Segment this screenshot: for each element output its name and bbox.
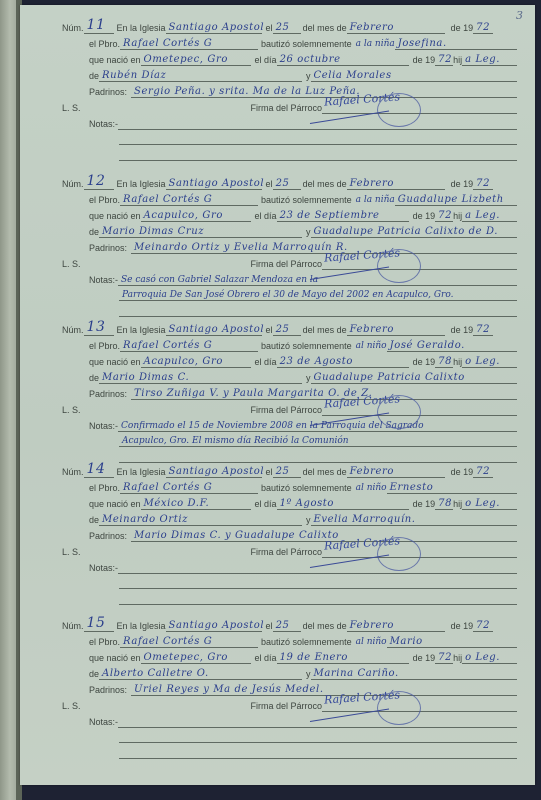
page-number: 3 [516, 9, 523, 22]
month-label: del mes de [303, 325, 347, 336]
child-name: Ernesto [387, 480, 517, 494]
ls-label: L. S. [62, 547, 81, 558]
legitimacy: a Leg. [462, 52, 517, 66]
church-name: Santiago Apostol [166, 20, 262, 34]
notes-line-1 [118, 116, 517, 130]
mother-name: Guadalupe Patricia Calixto [311, 370, 517, 384]
child-article: al niño [356, 341, 387, 352]
child-label: hij [453, 55, 462, 66]
born-in-label: que nació en [89, 357, 141, 368]
notes-line-2 [119, 131, 517, 145]
notes-line-3 [119, 745, 517, 759]
day-label: el [266, 179, 273, 190]
baptized-label: bautizó solemnemente [261, 637, 352, 648]
priest-label: el Pbro. [89, 341, 120, 352]
notes-line-3 [119, 147, 517, 161]
baptism-day: 25 [273, 176, 301, 190]
child-article: al niño [356, 483, 387, 494]
priest-label: el Pbro. [89, 39, 120, 50]
priest-name: Rafael Cortés G [120, 634, 258, 648]
birth-date: 19 de Enero [277, 650, 409, 664]
birthplace: Ometepec, Gro [141, 52, 251, 66]
priest-name: Rafael Cortés G [120, 480, 258, 494]
num-label: Núm. [62, 621, 84, 632]
baptism-year: 72 [473, 618, 493, 632]
birth-date: 26 octubre [277, 52, 409, 66]
church-name: Santiago Apostol [166, 464, 262, 478]
parents-label: de [89, 227, 99, 238]
birth-year: 72 [435, 650, 453, 664]
notes-line-1 [118, 560, 517, 574]
birth-date: 23 de Agosto [277, 354, 409, 368]
year-label: de 19 [451, 467, 474, 478]
num-label: Núm. [62, 467, 84, 478]
signature-label: Firma del Párroco [251, 259, 323, 270]
church-label: En la Iglesia [117, 621, 166, 632]
baptism-year: 72 [473, 322, 493, 336]
notes-label: Notas:- [89, 275, 118, 286]
baptism-month: Febrero [347, 464, 445, 478]
priest-name: Rafael Cortés G [120, 338, 258, 352]
register-page: 3 Núm. 11 En la Iglesia Santiago Apostol… [20, 5, 535, 785]
church-label: En la Iglesia [117, 179, 166, 190]
notes-line-1: Se casó con Gabriel Salazar Mendoza en l… [118, 272, 517, 286]
baptism-year: 72 [473, 464, 493, 478]
born-day-label: el día [255, 55, 277, 66]
notes-line-2 [119, 575, 517, 589]
year-label: de 19 [451, 621, 474, 632]
born-in-label: que nació en [89, 499, 141, 510]
ls-label: L. S. [62, 701, 81, 712]
father-name: Rubén Díaz [99, 68, 302, 82]
child-name: Guadalupe Lizbeth [395, 192, 517, 206]
month-label: del mes de [303, 179, 347, 190]
mother-name: Guadalupe Patricia Calixto de D. [311, 224, 517, 238]
year-label: de 19 [451, 325, 474, 336]
child-article: al niño [356, 637, 387, 648]
baptism-day: 25 [273, 322, 301, 336]
record-number: 11 [84, 20, 114, 34]
born-day-label: el día [255, 653, 277, 664]
notes-label: Notas:- [89, 717, 118, 728]
signature-label: Firma del Párroco [251, 103, 323, 114]
parents-label: de [89, 71, 99, 82]
day-label: el [266, 325, 273, 336]
baptism-day: 25 [273, 618, 301, 632]
signature-label: Firma del Párroco [251, 547, 323, 558]
born-in-label: que nació en [89, 211, 141, 222]
born-in-label: que nació en [89, 653, 141, 664]
godparents-label: Padrinos: [89, 685, 127, 696]
parents-label: de [89, 515, 99, 526]
priest-label: el Pbro. [89, 637, 120, 648]
record-number: 14 [84, 464, 114, 478]
legitimacy: o Leg. [462, 354, 517, 368]
father-name: Meinardo Ortiz [99, 512, 302, 526]
born-day-label: el día [255, 499, 277, 510]
birthplace: Ometepec, Gro [141, 650, 251, 664]
baptized-label: bautizó solemnemente [261, 341, 352, 352]
ls-label: L. S. [62, 259, 81, 270]
ls-label: L. S. [62, 405, 81, 416]
mother-name: Evelia Marroquín. [311, 512, 517, 526]
year-label: de 19 [451, 23, 474, 34]
baptism-month: Febrero [347, 322, 445, 336]
birth-date: 1º Agosto [277, 496, 409, 510]
church-name: Santiago Apostol [166, 322, 262, 336]
priest-name: Rafael Cortés G [120, 36, 258, 50]
month-label: del mes de [303, 467, 347, 478]
child-name: Josefina. [395, 36, 517, 50]
priest-label: el Pbro. [89, 195, 120, 206]
church-name: Santiago Apostol [166, 176, 262, 190]
priest-name: Rafael Cortés G [120, 192, 258, 206]
birth-date: 23 de Septiembre [277, 208, 409, 222]
birth-year: 72 [435, 52, 453, 66]
baptized-label: bautizó solemnemente [261, 483, 352, 494]
notes-line-1 [118, 714, 517, 728]
notes-label: Notas:- [89, 421, 118, 432]
child-article: a la niña [356, 195, 395, 206]
record-number: 12 [84, 176, 114, 190]
church-name: Santiago Apostol [166, 618, 262, 632]
child-name: José Geraldo. [387, 338, 517, 352]
record-number: 15 [84, 618, 114, 632]
parents-label: de [89, 373, 99, 384]
father-name: Mario Dimas C. [99, 370, 302, 384]
godparents-label: Padrinos: [89, 389, 127, 400]
birth-year: 78 [435, 496, 453, 510]
birth-year: 72 [435, 208, 453, 222]
day-label: el [266, 467, 273, 478]
godparents-label: Padrinos: [89, 531, 127, 542]
baptism-year: 72 [473, 176, 493, 190]
birth-year: 78 [435, 354, 453, 368]
notes-line-3 [119, 303, 517, 317]
notes-line-3 [119, 449, 517, 463]
child-label: hij [453, 357, 462, 368]
signature-label: Firma del Párroco [251, 405, 323, 416]
notes-line-2 [119, 729, 517, 743]
notes-line-2: Parroquia De San José Obrero el 30 de Ma… [119, 287, 517, 301]
priest-label: el Pbro. [89, 483, 120, 494]
born-year-label: de 19 [413, 55, 436, 66]
father-name: Mario Dimas Cruz [99, 224, 302, 238]
notes-line-3 [119, 591, 517, 605]
baptism-day: 25 [273, 464, 301, 478]
notes-line-1: Confirmado el 15 de Noviembre 2008 en la… [118, 418, 517, 432]
num-label: Núm. [62, 325, 84, 336]
signature-label: Firma del Párroco [251, 701, 323, 712]
notes-label: Notas:- [89, 563, 118, 574]
num-label: Núm. [62, 179, 84, 190]
mother-name: Marina Cariño. [311, 666, 517, 680]
child-label: hij [453, 653, 462, 664]
child-name: Mario [387, 634, 517, 648]
birthplace: México D.F. [141, 496, 251, 510]
month-label: del mes de [303, 621, 347, 632]
born-year-label: de 19 [413, 499, 436, 510]
born-day-label: el día [255, 357, 277, 368]
child-label: hij [453, 211, 462, 222]
year-label: de 19 [451, 179, 474, 190]
born-year-label: de 19 [413, 211, 436, 222]
notes-line-2: Acapulco, Gro. El mismo día Recibió la C… [119, 433, 517, 447]
notes-label: Notas:- [89, 119, 118, 130]
legitimacy: a Leg. [462, 208, 517, 222]
legitimacy: o Leg. [462, 496, 517, 510]
godparents-label: Padrinos: [89, 87, 127, 98]
godparents-label: Padrinos: [89, 243, 127, 254]
child-label: hij [453, 499, 462, 510]
church-label: En la Iglesia [117, 325, 166, 336]
church-label: En la Iglesia [117, 23, 166, 34]
baptism-day: 25 [273, 20, 301, 34]
mother-name: Celia Morales [311, 68, 517, 82]
birthplace: Acapulco, Gro [141, 208, 251, 222]
month-label: del mes de [303, 23, 347, 34]
born-day-label: el día [255, 211, 277, 222]
born-year-label: de 19 [413, 653, 436, 664]
baptized-label: bautizó solemnemente [261, 39, 352, 50]
baptism-month: Febrero [347, 618, 445, 632]
parents-label: de [89, 669, 99, 680]
record-number: 13 [84, 322, 114, 336]
baptism-month: Febrero [347, 176, 445, 190]
child-article: a la niña [356, 39, 395, 50]
born-year-label: de 19 [413, 357, 436, 368]
baptism-year: 72 [473, 20, 493, 34]
baptism-month: Febrero [347, 20, 445, 34]
ls-label: L. S. [62, 103, 81, 114]
church-label: En la Iglesia [117, 467, 166, 478]
num-label: Núm. [62, 23, 84, 34]
born-in-label: que nació en [89, 55, 141, 66]
legitimacy: o Leg. [462, 650, 517, 664]
birthplace: Acapulco, Gro [141, 354, 251, 368]
day-label: el [266, 23, 273, 34]
baptized-label: bautizó solemnemente [261, 195, 352, 206]
father-name: Alberto Calletre O. [99, 666, 302, 680]
day-label: el [266, 621, 273, 632]
